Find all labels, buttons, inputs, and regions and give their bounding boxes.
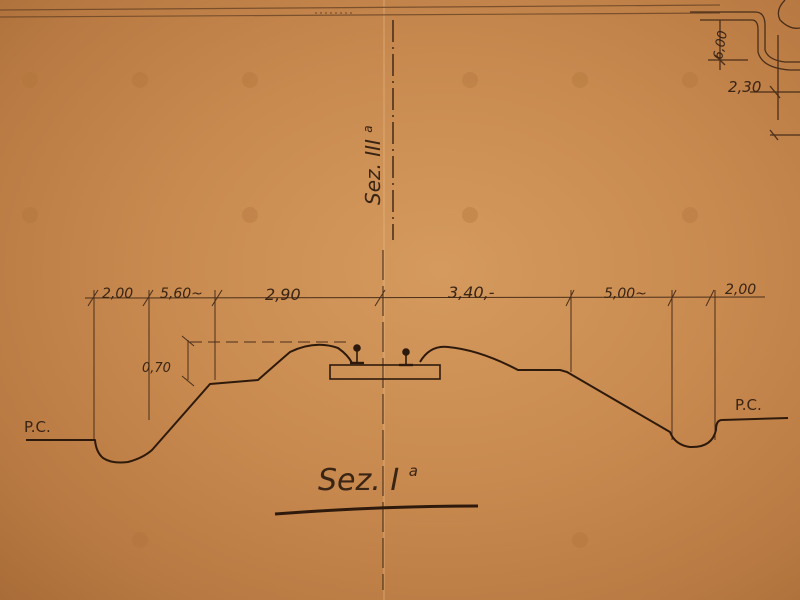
left-ground-label: P.C. — [24, 418, 51, 436]
rail-left — [350, 345, 364, 363]
height-dimension — [182, 336, 350, 386]
corner-detail — [690, 0, 800, 140]
corner-dimension-vertical: 6,00 — [711, 30, 731, 61]
dimension-right-ditch: 2,00 — [725, 282, 756, 298]
sleeper — [330, 365, 440, 379]
corner-dimension-horizontal: 2,30 — [728, 78, 761, 96]
dimension-left-ballast: 2,90 — [265, 285, 301, 304]
right-ground-label: P.C. — [735, 396, 762, 414]
section-axis-line — [383, 20, 393, 590]
dimension-left-slope: 5,60~ — [160, 286, 203, 302]
dimension-left-ditch: 2,00 — [102, 286, 133, 302]
dimension-right-ballast: 3,40,- — [448, 283, 495, 302]
height-dimension-value: 0,70 — [142, 361, 171, 376]
track — [330, 345, 440, 379]
ground-profile — [26, 345, 788, 463]
vertical-section-label: Sez. III a — [361, 125, 385, 205]
section-title-underline — [275, 506, 478, 514]
section-title: Sez. I a — [318, 462, 418, 498]
dimension-right-slope: 5,00~ — [604, 286, 647, 302]
rail-right — [399, 349, 413, 365]
top-border-lines — [0, 5, 720, 17]
cross-section-drawing: 6,00 2,30 Sez. III a 2,00 5,60~ 2,90 3,4… — [0, 0, 800, 600]
